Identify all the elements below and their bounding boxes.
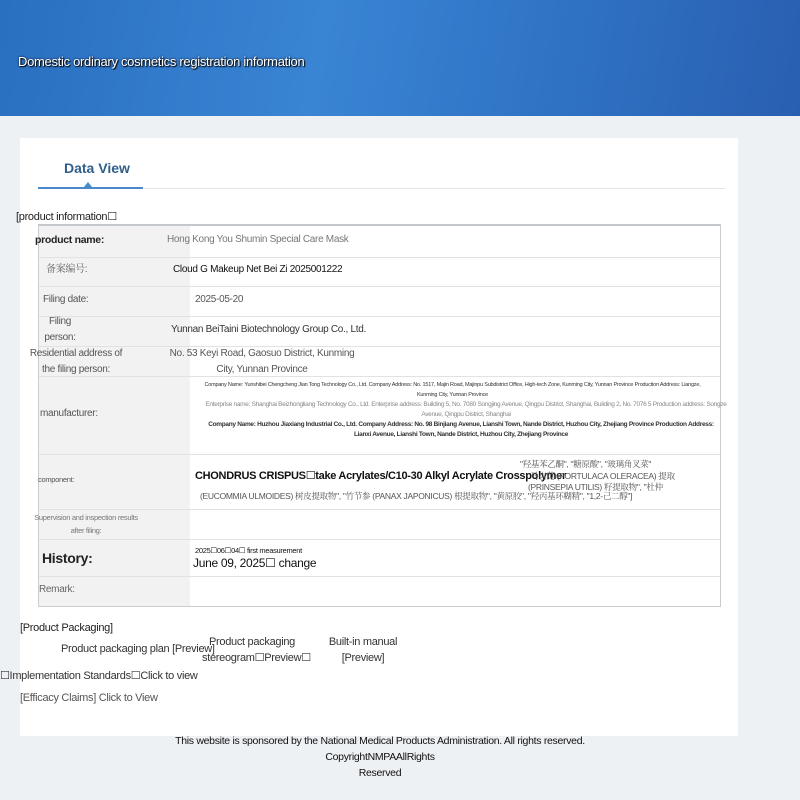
manual-line-2: [Preview] xyxy=(320,650,406,666)
stereogram-line-2: stereogram☐Preview☐ xyxy=(202,650,302,666)
filing-date-label: Filing date: xyxy=(43,292,88,308)
component-overlay: CHONDRUS CRISPUS☐take Acrylates/C10-30 A… xyxy=(195,468,566,484)
stereogram-line-1: Product packaging xyxy=(202,634,302,650)
tab-data-view[interactable]: Data View xyxy=(64,160,130,176)
row-divider xyxy=(39,509,720,510)
row-divider xyxy=(39,576,720,577)
efficacy-claims-link[interactable]: [Efficacy Claims] Click to View xyxy=(20,690,158,706)
product-name-value: Hong Kong You Shumin Special Care Mask xyxy=(167,232,349,248)
residential-address-label: Residential address of the filing person… xyxy=(26,346,126,378)
remark-label: Remark: xyxy=(39,582,75,598)
filing-date-value: 2025-05-20 xyxy=(195,292,243,308)
footer-line-1: This website is sponsored by the Nationa… xyxy=(130,733,630,765)
packaging-plan-preview-link[interactable]: Product packaging plan [Preview] xyxy=(61,641,215,657)
implementation-standards-link[interactable]: ☐Implementation Standards☐Click to view xyxy=(0,668,198,684)
footer-copyright: This website is sponsored by the Nationa… xyxy=(130,733,630,781)
component-fragment-4: (EUCOMMIA ULMOIDES) 树皮提取物", "竹节参 (PANAX … xyxy=(200,488,632,504)
row-divider xyxy=(39,454,720,455)
filing-person-value: Yunnan BeiTaini Biotechnology Group Co.,… xyxy=(171,322,366,338)
row-divider xyxy=(39,316,720,317)
product-information-heading: [product information☐ xyxy=(16,210,117,223)
filing-number-label: 备案编号: xyxy=(46,262,87,278)
row-divider xyxy=(39,376,720,377)
supervision-label: Supervision and inspection results after… xyxy=(29,511,143,537)
manufacturer-entry-2: Enterprise name: Shanghai Beizhongliang … xyxy=(200,400,732,420)
history-label: History: xyxy=(42,550,93,566)
footer-line-2: Reserved xyxy=(130,765,630,781)
manufacturer-entry-3: Company Name: Huzhou Jiaxiang Industrial… xyxy=(200,420,722,440)
manual-line-1: Built-in manual xyxy=(320,634,406,650)
filing-number-value: Cloud G Makeup Net Bei Zi 2025001222 xyxy=(173,262,342,278)
page-title: Domestic ordinary cosmetics registration… xyxy=(18,54,304,69)
filing-person-label: Filing person: xyxy=(38,314,82,346)
built-in-manual-preview-link[interactable]: Built-in manual [Preview] xyxy=(320,634,406,666)
row-divider xyxy=(39,257,720,258)
row-divider xyxy=(39,286,720,287)
product-packaging-heading: [Product Packaging] xyxy=(20,622,113,634)
tab-active-indicator xyxy=(38,187,143,189)
row-divider xyxy=(39,539,720,540)
history-entry-2: June 09, 2025☐ change xyxy=(193,555,316,571)
packaging-stereogram-preview-link[interactable]: Product packaging stereogram☐Preview☐ xyxy=(202,634,302,666)
tab-divider xyxy=(143,188,725,189)
component-label: component: xyxy=(38,472,74,488)
residential-address-value: No. 53 Keyi Road, Gaosuo District, Kunmi… xyxy=(162,346,362,378)
product-name-label: product name: xyxy=(35,232,104,248)
tab-indicator-arrow-icon xyxy=(84,182,92,187)
header-banner: Domestic ordinary cosmetics registration… xyxy=(0,0,800,116)
row-divider xyxy=(39,346,720,347)
manufacturer-label: manufacturer: xyxy=(40,406,98,422)
manufacturer-entry-1: Company Name: Yunshibei Chengcheng Jian … xyxy=(200,380,705,400)
